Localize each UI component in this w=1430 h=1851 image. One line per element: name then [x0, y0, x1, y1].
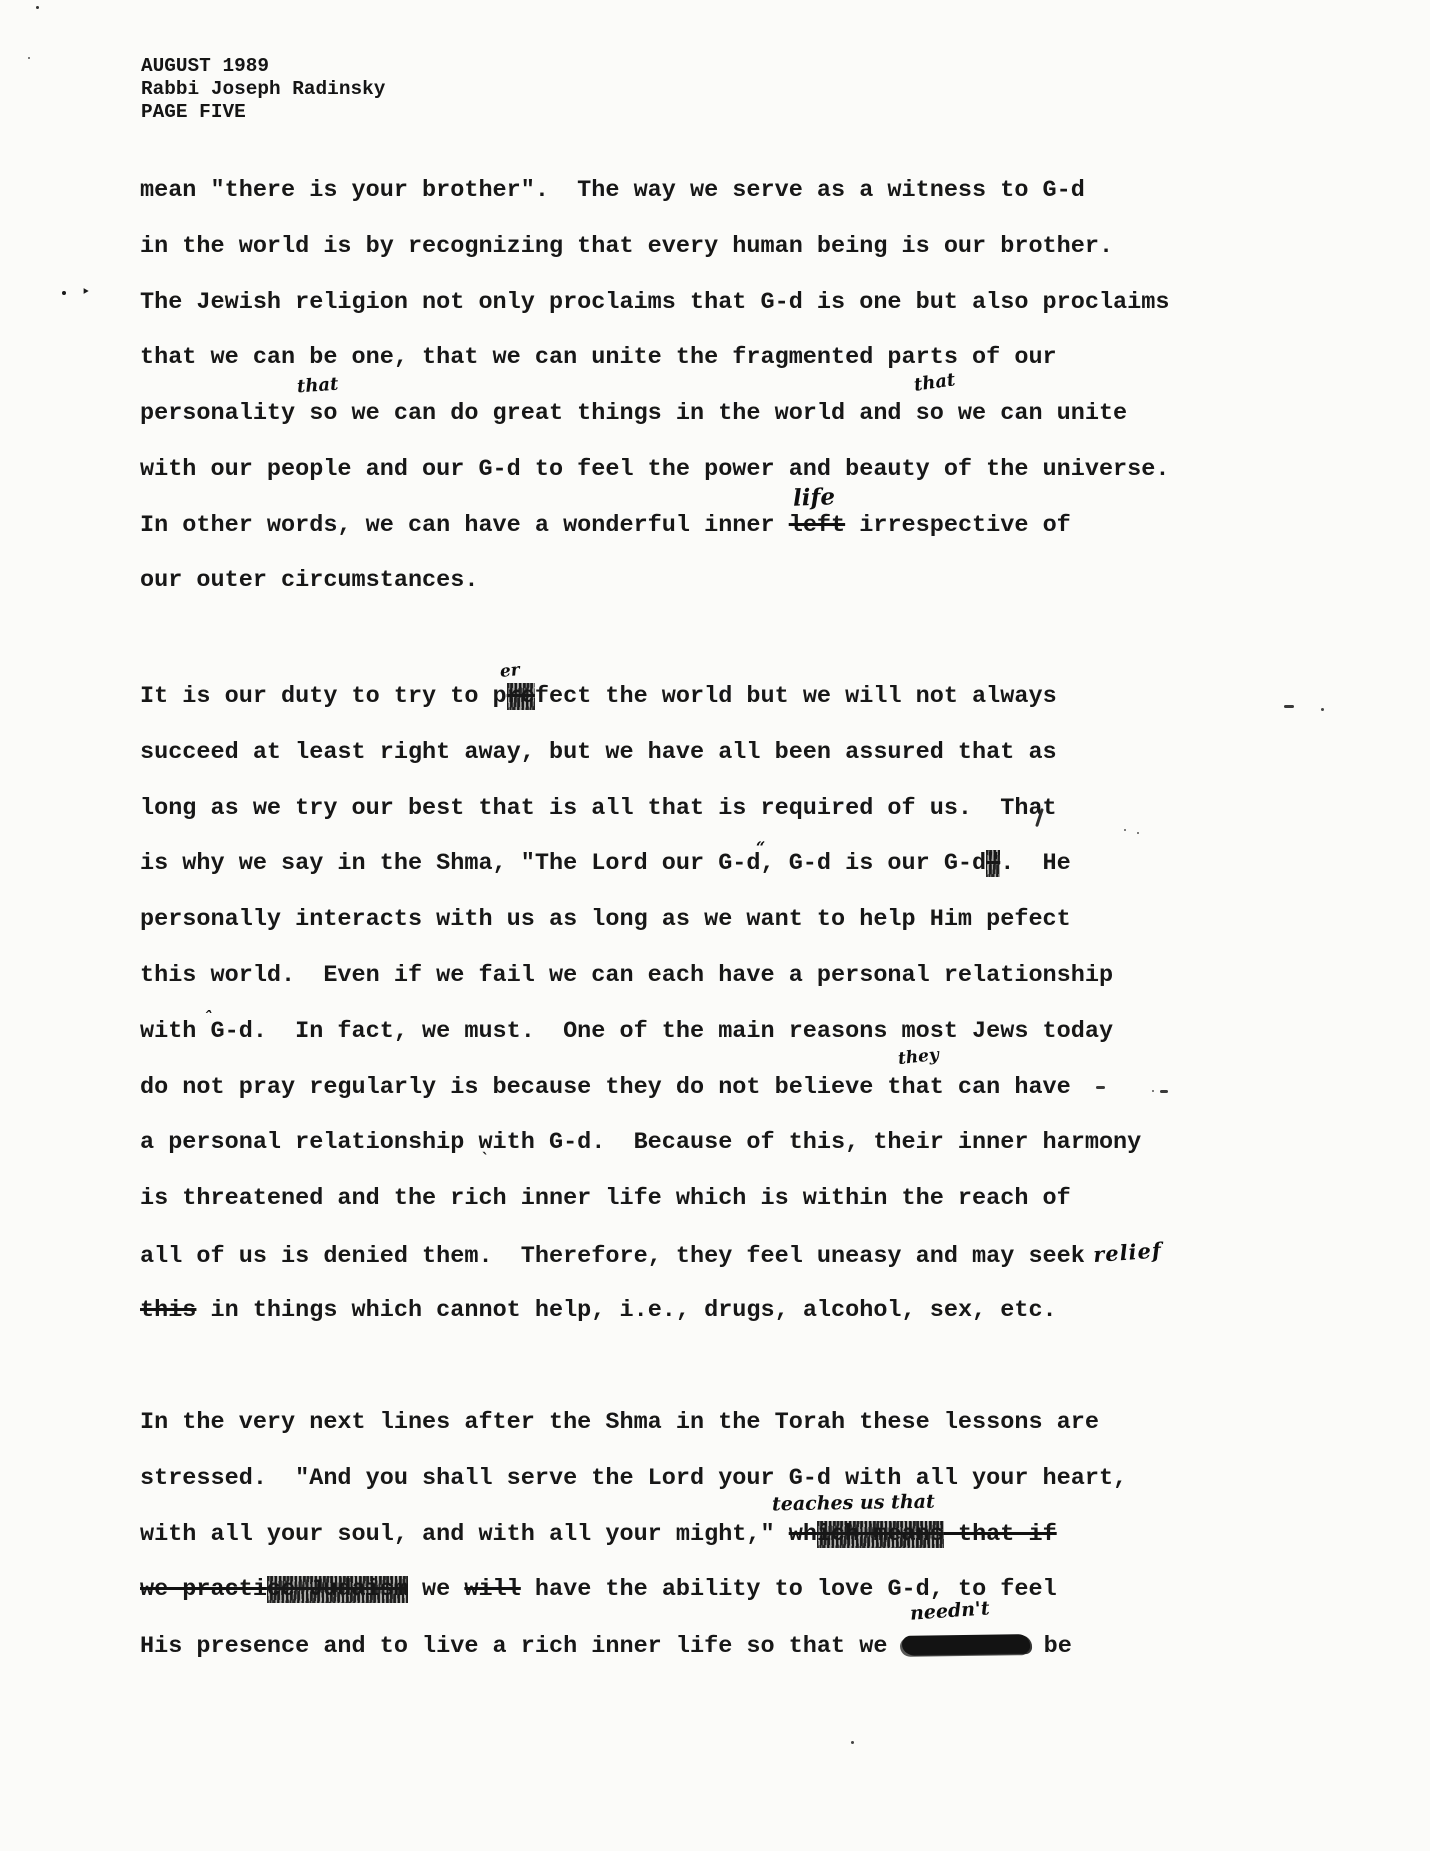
handwritten-annotation: life	[793, 485, 836, 509]
scribbled-text: ich means	[817, 1521, 944, 1548]
struck-text: we practi	[140, 1576, 267, 1603]
typed-text: succeed at least right away, but we have…	[140, 739, 1057, 766]
typed-text: personality so we can do great things in…	[140, 400, 1127, 427]
stray-mark	[36, 6, 39, 9]
typed-text: In other words, we can have a wonderful …	[140, 512, 789, 539]
handwritten-word: relief	[1084, 1237, 1163, 1268]
typed-line: do not pray regularly is because they do…	[140, 1075, 1071, 1101]
typed-line: in the world is by recognizing that ever…	[140, 234, 1113, 260]
typed-text: with all your soul, and with all your mi…	[140, 1521, 789, 1548]
header-author: Rabbi Joseph Radinsky	[141, 78, 385, 101]
typed-line: with all your soul, and with all your mi…	[140, 1522, 1057, 1548]
stray-mark	[1124, 829, 1126, 831]
typed-line: personality so we can do great things in…	[140, 401, 1127, 427]
handwritten-annotation: er	[499, 662, 520, 681]
typed-text: we	[408, 1576, 464, 1603]
struck-text: will	[464, 1576, 520, 1603]
ink-blot	[901, 1634, 1029, 1655]
typed-text: that we can be one, that we can unite th…	[140, 344, 1057, 371]
typed-line: this world. Even if we fail we can each …	[140, 963, 1113, 989]
handwritten-annotation: they	[897, 1047, 939, 1068]
typed-text: our outer circumstances.	[140, 567, 478, 594]
typed-text: stressed. "And you shall serve the Lord …	[140, 1465, 1127, 1492]
scribbled-text: "	[986, 850, 1000, 877]
stray-mark: ‣	[82, 286, 90, 299]
handwritten-annotation: teaches us that	[772, 1493, 935, 1515]
typed-text: . He	[1000, 850, 1071, 877]
typed-text: personally interacts with us as long as …	[140, 906, 1071, 933]
header-date: AUGUST 1989	[141, 55, 269, 78]
handwritten-annotation: “	[756, 840, 765, 856]
handwritten-annotation: needn't	[909, 1599, 990, 1624]
typed-line: we practice Judaism we will have the abi…	[140, 1577, 1057, 1603]
stray-mark	[28, 57, 30, 59]
typed-line: In other words, we can have a wonderful …	[140, 513, 1071, 539]
typed-text: is threatened and the rich inner life wh…	[140, 1185, 1071, 1212]
typed-text: with G-d. In fact, we must. One of the m…	[140, 1018, 1113, 1045]
typed-line: all of us is denied them. Therefore, the…	[140, 1242, 1162, 1270]
typed-text: in the world is by recognizing that ever…	[140, 233, 1113, 260]
header-page-number: PAGE FIVE	[141, 101, 246, 124]
stray-mark: `	[481, 1152, 490, 1167]
stray-mark	[1160, 1090, 1168, 1093]
typed-line: with our people and our G-d to feel the …	[140, 457, 1169, 483]
typed-line: His presence and to live a rich inner li…	[140, 1633, 1072, 1660]
struck-text: wh	[789, 1521, 817, 1548]
typed-line: succeed at least right away, but we have…	[140, 740, 1057, 766]
typed-line: personally interacts with us as long as …	[140, 907, 1071, 933]
typed-text: in things which cannot help, i.e., drugs…	[196, 1297, 1056, 1324]
typed-line: stressed. "And you shall serve the Lord …	[140, 1466, 1127, 1492]
typed-text: It is our duty to try to p	[140, 683, 507, 710]
struck-text: that if	[944, 1521, 1057, 1548]
typed-text: a personal relationship with G-d. Becaus…	[140, 1129, 1141, 1156]
struck-text: this	[140, 1297, 196, 1324]
typed-line: with G-d. In fact, we must. One of the m…	[140, 1019, 1113, 1045]
typed-text: fect the world but we will not always	[535, 683, 1057, 710]
typed-text: long as we try our best that is all that…	[140, 795, 1057, 822]
typed-line: The Jewish religion not only proclaims t…	[140, 290, 1169, 316]
typed-line: this in things which cannot help, i.e., …	[140, 1298, 1057, 1324]
stray-mark	[1284, 705, 1294, 708]
typed-text: His presence and to live a rich inner li…	[140, 1633, 902, 1660]
typed-text: The Jewish religion not only proclaims t…	[140, 289, 1169, 316]
typed-line: In the very next lines after the Shma in…	[140, 1410, 1099, 1436]
document-page: AUGUST 1989 Rabbi Joseph Radinsky PAGE F…	[0, 0, 1430, 1851]
typed-line: a personal relationship with G-d. Becaus…	[140, 1130, 1141, 1156]
stray-mark	[1137, 832, 1139, 834]
typed-line: mean "there is your brother". The way we…	[140, 178, 1085, 204]
typed-text: this world. Even if we fail we can each …	[140, 962, 1113, 989]
typed-line: our outer circumstances.	[140, 568, 478, 594]
typed-line: It is our duty to try to prefect the wor…	[140, 684, 1057, 710]
handwritten-annotation: that	[913, 371, 956, 395]
typed-text: In the very next lines after the Shma in…	[140, 1409, 1099, 1436]
typed-line: that we can be one, that we can unite th…	[140, 345, 1057, 371]
scribbled-text: re	[507, 683, 535, 710]
typed-line: long as we try our best that is all that…	[140, 796, 1057, 822]
typed-line: is why we say in the Shma, "The Lord our…	[140, 851, 1071, 877]
scribbled-text: ce Judaism	[267, 1576, 408, 1603]
stray-mark	[1096, 1086, 1105, 1089]
typed-text: be	[1030, 1633, 1072, 1660]
stray-mark	[1321, 708, 1324, 711]
stray-mark	[62, 291, 66, 295]
typed-text: mean "there is your brother". The way we…	[140, 177, 1085, 204]
typed-text: all of us is denied them. Therefore, the…	[140, 1243, 1085, 1270]
typed-text: is why we say in the Shma, "The Lord our…	[140, 850, 986, 877]
typed-text: do not pray regularly is because they do…	[140, 1074, 1071, 1101]
typed-text: with our people and our G-d to feel the …	[140, 456, 1169, 483]
typed-text: irrespective of	[845, 512, 1071, 539]
typed-line: is threatened and the rich inner life wh…	[140, 1186, 1071, 1212]
struck-text: left	[789, 512, 845, 539]
handwritten-annotation: that	[296, 376, 339, 397]
handwritten-annotation: ˆ	[204, 1010, 212, 1026]
stray-mark	[1152, 1090, 1154, 1092]
stray-mark	[851, 1741, 854, 1744]
